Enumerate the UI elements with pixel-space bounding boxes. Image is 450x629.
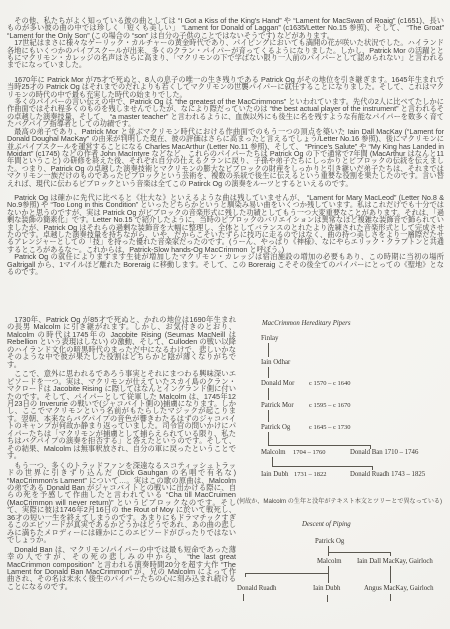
paragraph-maccrimmons-lament: もう一つ、多くのトラッドファンを深遠なるスコティッシュトラッドの世界に引きずり込… bbox=[7, 462, 236, 544]
tree1-node-donald-ban: Donald Ban 1710 – 1746 bbox=[350, 449, 418, 456]
tree2-node-iain-dall-mackay: Iain Dall MacKay, Gairloch bbox=[357, 558, 433, 565]
tree2-node-patrick-og: Patrick Og bbox=[315, 538, 344, 545]
paragraph-other-tunes: その他、私たちがよく知っている彼の曲としては “I Got a Kiss of … bbox=[7, 17, 444, 39]
main-text-block: その他、私たちがよく知っている彼の曲としては “I Got a Kiss of … bbox=[7, 17, 444, 275]
connector-line bbox=[327, 595, 328, 602]
tree-discrepancy-note: (何故か、Malcolm の生年と没年がテキスト本文とツリーとで異なっている) bbox=[237, 498, 449, 505]
tree1-node-finlay: Finlay bbox=[261, 335, 278, 342]
tree2-title: Descent of Piping bbox=[302, 521, 351, 528]
connector-line bbox=[328, 573, 329, 583]
tree1-node-malcolm: Malcolm bbox=[261, 449, 286, 456]
connector-line bbox=[272, 466, 373, 467]
paragraph-pupils: 最高の弟子であり、Patrick Mor と並ぶマクリモン時代における作曲面での… bbox=[7, 128, 444, 187]
tree1-dates-iain-dubh: 1731 – 1822 bbox=[294, 471, 327, 478]
connector-line bbox=[372, 466, 373, 470]
connector-line bbox=[268, 410, 269, 422]
left-text-column: 1730年、Patrick Og が85才で死ぬと、かれの地位は1690年生まれ… bbox=[7, 316, 236, 590]
tree1-dates-malcolm: 1704 – 1760 bbox=[293, 449, 326, 456]
tree1-node-donald-ruadh: Donald Ruadh 1743 – 1825 bbox=[350, 471, 425, 478]
tree2-node-angus-mackay: Angus MacKay, Gairloch bbox=[364, 585, 434, 592]
tree1-node-donald-mor: Donald Mor bbox=[261, 380, 294, 387]
connector-line bbox=[245, 573, 246, 577]
tree1-title: MacCrimmon Hereditary Pipers bbox=[262, 320, 350, 327]
connector-line bbox=[328, 566, 329, 573]
paragraph-donald-ban: Donald Ban は、マクリモン/パイパーの中では最も短命であった薄幸の人で… bbox=[7, 546, 236, 591]
connector-line bbox=[268, 432, 269, 445]
connector-line bbox=[245, 573, 329, 574]
genealogy-diagrams: MacCrimmon Hereditary Pipers Finlay Iain… bbox=[236, 314, 450, 629]
paragraph-1730-malcolm: 1730年、Patrick Og が85才で死ぬと、かれの地位は1690年生まれ… bbox=[7, 316, 236, 368]
connector-line bbox=[390, 594, 391, 601]
paragraph-1670-succession: 1670年に Patrick Mor が75才で死ぬと、8人の息子の唯一の生き残… bbox=[7, 76, 444, 98]
paragraph-jacobite-episode: ここで、意外に思われるであろう事実とそれにまつわる興味深いエピソードを一つ。実は… bbox=[7, 370, 236, 459]
tree2-node-donald-ruadh: Donald Ruadh bbox=[237, 585, 276, 592]
tree1-node-iain-dubh: Iain Dubh bbox=[261, 471, 288, 478]
tree1-dates-patrick-mor: c 1595 – c 1670 bbox=[309, 402, 351, 409]
connector-line bbox=[328, 552, 391, 553]
tree1-dates-donald-mor: c 1570 – c 1640 bbox=[309, 380, 351, 387]
paragraph-compositions: Patrick Og は確かに先代に比べると《壮大な》といえるような曲は残してい… bbox=[7, 194, 444, 253]
tree1-dates-patrick-og: c 1645 – c 1730 bbox=[309, 424, 351, 431]
paragraph-boreraig: Patrick Og の就任によりますます生徒が増加したマクリモン・カレッジは宿… bbox=[7, 253, 444, 275]
tree1-node-patrick-og: Patrick Og bbox=[261, 424, 290, 431]
connector-line bbox=[268, 343, 269, 357]
connector-line bbox=[243, 594, 244, 601]
paragraph-greatest-maccrimmon: 多くのパイパーの言い伝えの中で、Patrick Og は “the greate… bbox=[7, 98, 444, 128]
connector-line bbox=[272, 457, 273, 466]
connector-line bbox=[390, 566, 391, 583]
connector-line bbox=[268, 388, 269, 400]
connector-line bbox=[268, 367, 269, 378]
tree1-node-iain-odhar: Iain Odhar bbox=[261, 359, 290, 366]
connector-line bbox=[390, 552, 391, 556]
tree2-node-malcolm: Malcolm bbox=[317, 558, 342, 565]
scanned-document-page: その他、私たちがよく知っている彼の曲としては “I Got a Kiss of … bbox=[0, 0, 450, 629]
tree2-node-iain-dubh: Iain Dubh bbox=[313, 585, 340, 592]
connector-line bbox=[328, 552, 329, 556]
connector-line bbox=[268, 445, 371, 446]
tree1-node-patrick-mor: Patrick Mor bbox=[261, 402, 294, 409]
paragraph-17th-century: 17世紀はまさに様々なゲーリック・カルチャーの黄金時代であり、パイピングにおいて… bbox=[7, 39, 444, 69]
